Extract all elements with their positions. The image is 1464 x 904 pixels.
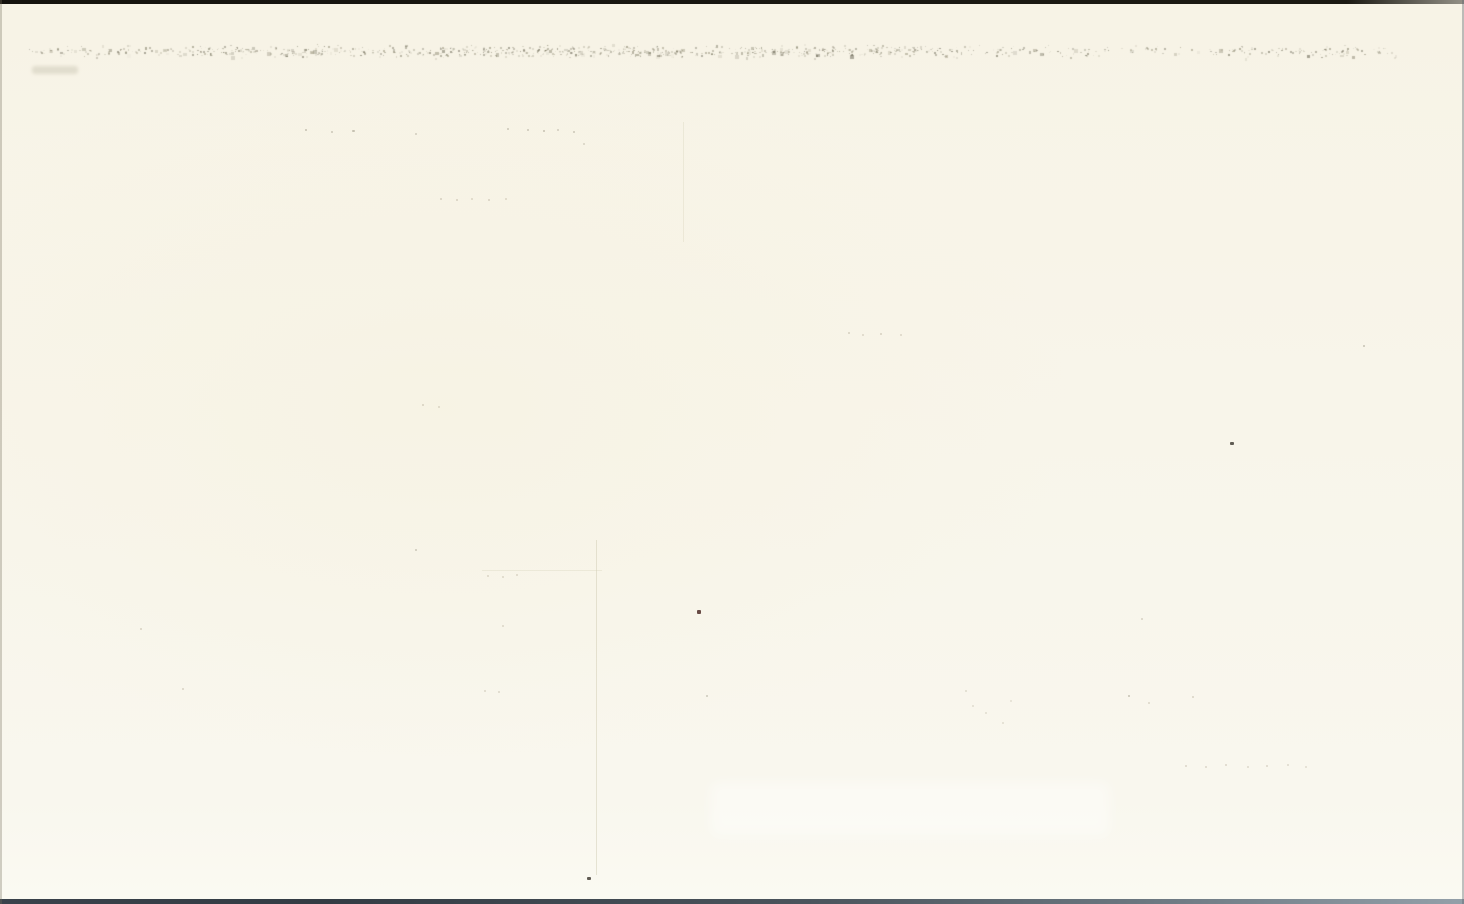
paper-sheen-patch	[710, 782, 1110, 837]
ink-bleedthrough-canvas	[0, 26, 1464, 78]
crease-line	[596, 540, 597, 875]
crease-line	[683, 122, 684, 242]
paper-speck	[1192, 696, 1194, 698]
paper-speck	[583, 143, 585, 145]
paper-speck	[1266, 765, 1268, 767]
scanned-card-back	[0, 0, 1464, 904]
scanner-edge-top	[0, 0, 1464, 4]
paper-speck	[1185, 765, 1187, 767]
paper-speck	[484, 690, 486, 692]
paper-speck	[706, 695, 708, 697]
paper-speck	[985, 712, 987, 714]
paper-speck	[331, 131, 333, 133]
paper-speck	[516, 574, 518, 576]
secondary-ink-smudge	[32, 66, 78, 74]
paper-speck	[1247, 766, 1249, 768]
crease-line	[482, 570, 602, 571]
paper-speck	[557, 129, 559, 131]
paper-speck	[862, 334, 864, 336]
paper-speck	[848, 332, 850, 334]
paper-speck	[438, 406, 440, 408]
paper-speck	[965, 690, 967, 692]
paper-speck	[456, 199, 458, 201]
paper-speck	[1010, 700, 1012, 702]
paper-speck	[140, 628, 142, 630]
paper-speck	[880, 333, 882, 335]
paper-speck	[415, 133, 417, 135]
paper-speck	[1148, 702, 1150, 704]
paper-speck	[498, 691, 500, 693]
ink-bleedthrough-band	[0, 26, 1464, 78]
paper-speck	[1225, 764, 1227, 766]
paper-speck	[505, 198, 507, 200]
paper-speck	[305, 129, 307, 131]
paper-speck	[1305, 766, 1307, 768]
paper-speck	[587, 877, 591, 880]
paper-speck	[1128, 695, 1130, 697]
paper-speck	[502, 576, 504, 578]
paper-speck	[1002, 722, 1004, 724]
paper-speck	[1205, 766, 1207, 768]
paper-speck	[502, 625, 504, 627]
paper-speck	[573, 131, 575, 133]
paper-speck	[488, 199, 490, 201]
paper-speck	[900, 334, 902, 336]
paper-speck	[1287, 764, 1289, 766]
paper-speck	[415, 549, 417, 551]
paper-speck	[1230, 442, 1234, 445]
paper-speck	[697, 610, 701, 614]
paper-speck	[440, 198, 442, 200]
paper-speck	[1141, 618, 1143, 620]
paper-speck	[543, 130, 545, 132]
paper-speck	[487, 575, 489, 577]
scanner-edge-left	[0, 0, 2, 904]
scanner-edge-bottom	[0, 899, 1464, 904]
paper-speck	[1363, 345, 1365, 347]
paper-speck	[352, 130, 355, 132]
paper-speck	[972, 705, 974, 707]
paper-speck	[182, 688, 184, 690]
paper-speck	[422, 404, 424, 406]
paper-speck	[527, 129, 529, 131]
paper-speck	[507, 128, 509, 130]
paper-speck	[471, 198, 473, 200]
